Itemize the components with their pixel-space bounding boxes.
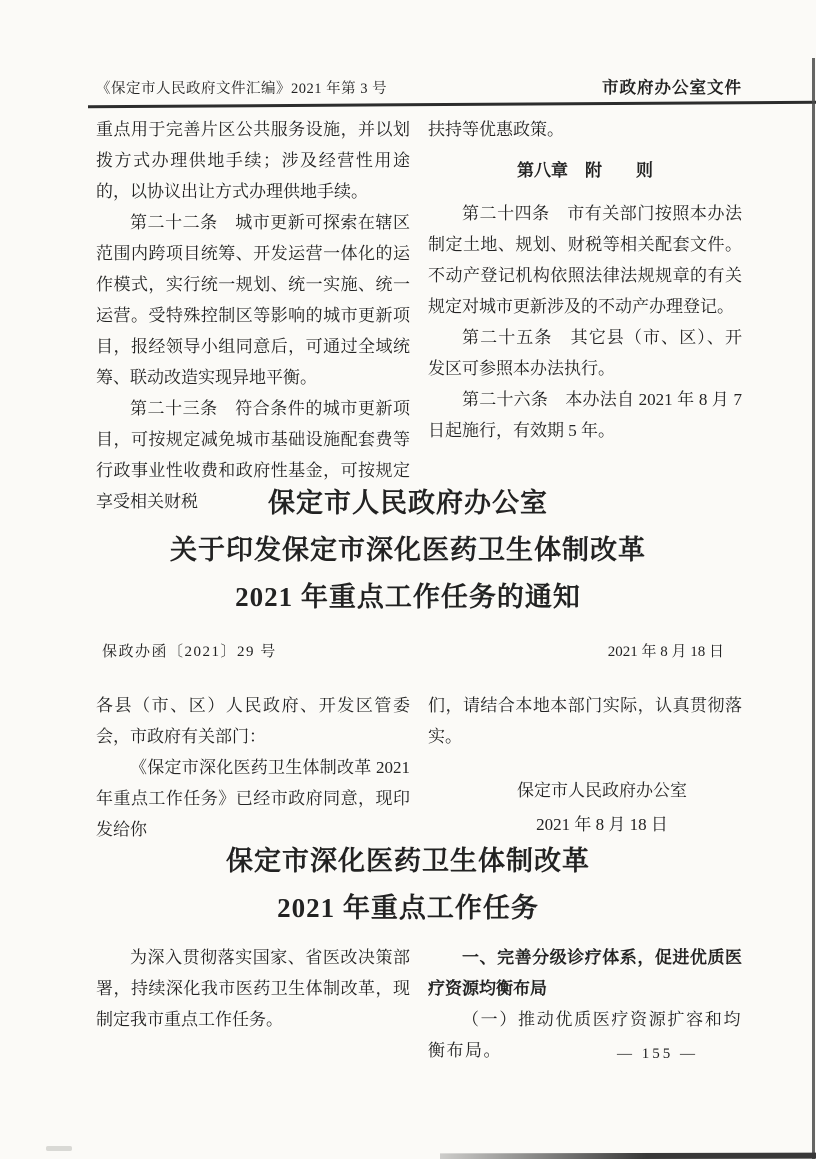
tasks-section-1-heading: 一、完善分级诊疗体系，促进优质医疗资源均衡布局 — [428, 942, 742, 1004]
signature-date: 2021 年 8 月 18 日 — [462, 808, 742, 842]
notice-body-section: 各县（市、区）人民政府、开发区管委会，市政府有关部门： 《保定市深化医药卫生体制… — [96, 690, 742, 845]
regulation-left-column: 重点用于完善片区公共服务设施，并以划拨方式办理供地手续；涉及经营性用途的，以协议… — [96, 114, 410, 517]
paragraph-addressees: 各县（市、区）人民政府、开发区管委会，市政府有关部门： — [96, 690, 410, 752]
tasks-title-line-2: 2021 年重点工作任务 — [0, 885, 816, 932]
paragraph-notice-continuation: 们，请结合本地本部门实际，认真贯彻落实。 — [428, 690, 742, 752]
paragraph-article-22: 第二十二条 城市更新可探索在辖区范围内跨项目统筹、开发运营一体化的运作模式，实行… — [96, 207, 410, 393]
office-doc-label: 市政府办公室文件 — [602, 74, 742, 98]
notice-left-column: 各县（市、区）人民政府、开发区管委会，市政府有关部门： 《保定市深化医药卫生体制… — [96, 690, 410, 845]
paragraph: 扶持等优惠政策。 — [428, 114, 742, 145]
chapter-8-heading: 第八章 附 则 — [428, 155, 742, 186]
doc-number-row: 保政办函〔2021〕29 号 2021 年 8 月 18 日 — [102, 640, 724, 661]
notice-title-line-2: 关于印发保定市深化医药卫生体制改革 — [0, 527, 816, 574]
doc-number: 保政办函〔2021〕29 号 — [102, 640, 277, 661]
paragraph-article-26: 第二十六条 本办法自 2021 年 8 月 7 日起施行，有效期 5 年。 — [428, 384, 742, 446]
tasks-title: 保定市深化医药卫生体制改革 2021 年重点工作任务 — [0, 838, 816, 932]
scan-shadow-bottom — [440, 1153, 816, 1159]
page-number: — 155 — — [617, 1046, 698, 1063]
tasks-left-column: 为深入贯彻落实国家、省医改决策部署，持续深化我市医药卫生体制改革，现制定我市重点… — [96, 942, 410, 1066]
paragraph-notice-body: 《保定市深化医药卫生体制改革 2021 年重点工作任务》已经市政府同意，现印发给… — [96, 752, 410, 845]
paragraph-tasks-intro: 为深入贯彻落实国家、省医改决策部署，持续深化我市医药卫生体制改革，现制定我市重点… — [96, 942, 410, 1035]
notice-right-column: 们，请结合本地本部门实际，认真贯彻落实。 保定市人民政府办公室 2021 年 8… — [428, 690, 742, 845]
paragraph-article-24: 第二十四条 市有关部门按照本办法制定土地、规划、财税等相关配套文件。不动产登记机… — [428, 198, 742, 322]
header-rule — [88, 101, 816, 108]
document-page: 《保定市人民政府文件汇编》2021 年第 3 号 市政府办公室文件 重点用于完善… — [0, 0, 816, 1159]
paragraph: 重点用于完善片区公共服务设施，并以划拨方式办理供地手续；涉及经营性用途的，以协议… — [96, 114, 410, 207]
signature-block: 保定市人民政府办公室 2021 年 8 月 18 日 — [428, 774, 742, 842]
paragraph-article-25: 第二十五条 其它县（市、区）、开发区可参照本办法执行。 — [428, 322, 742, 384]
scan-edge-right — [812, 58, 815, 1159]
doc-date: 2021 年 8 月 18 日 — [608, 640, 724, 661]
notice-title-line-3: 2021 年重点工作任务的通知 — [0, 574, 816, 621]
notice-title: 保定市人民政府办公室 关于印发保定市深化医药卫生体制改革 2021 年重点工作任… — [0, 480, 816, 621]
journal-title: 《保定市人民政府文件汇编》2021 年第 3 号 — [96, 77, 387, 98]
regulation-right-column: 扶持等优惠政策。 第八章 附 则 第二十四条 市有关部门按照本办法制定土地、规划… — [428, 114, 742, 517]
signature-org: 保定市人民政府办公室 — [462, 774, 742, 808]
page-header: 《保定市人民政府文件汇编》2021 年第 3 号 市政府办公室文件 — [96, 74, 742, 98]
regulation-section: 重点用于完善片区公共服务设施，并以划拨方式办理供地手续；涉及经营性用途的，以协议… — [96, 114, 742, 517]
scan-smudge — [46, 1146, 72, 1151]
tasks-title-line-1: 保定市深化医药卫生体制改革 — [0, 838, 816, 885]
notice-title-line-1: 保定市人民政府办公室 — [0, 480, 816, 527]
